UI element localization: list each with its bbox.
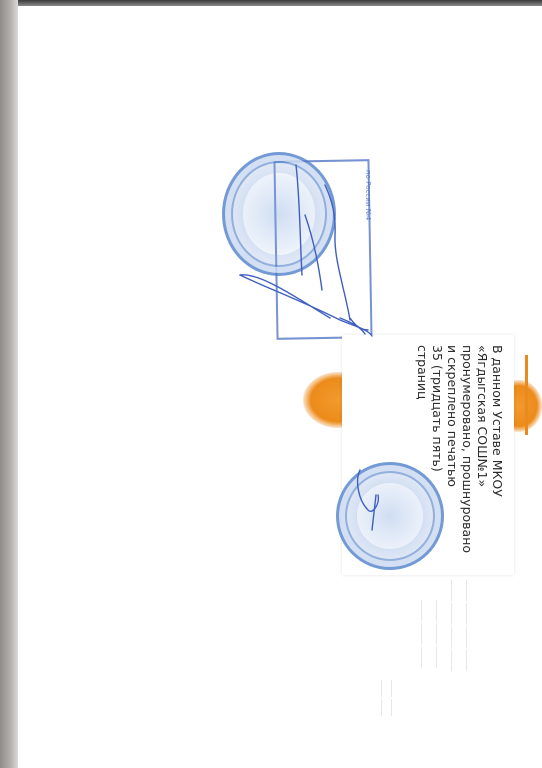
signature-stroke — [296, 165, 302, 275]
signature-stroke — [325, 185, 350, 320]
signature-stroke — [372, 495, 376, 530]
signature-stroke — [305, 215, 322, 290]
signature-stroke — [240, 275, 372, 336]
signatures — [0, 0, 542, 768]
